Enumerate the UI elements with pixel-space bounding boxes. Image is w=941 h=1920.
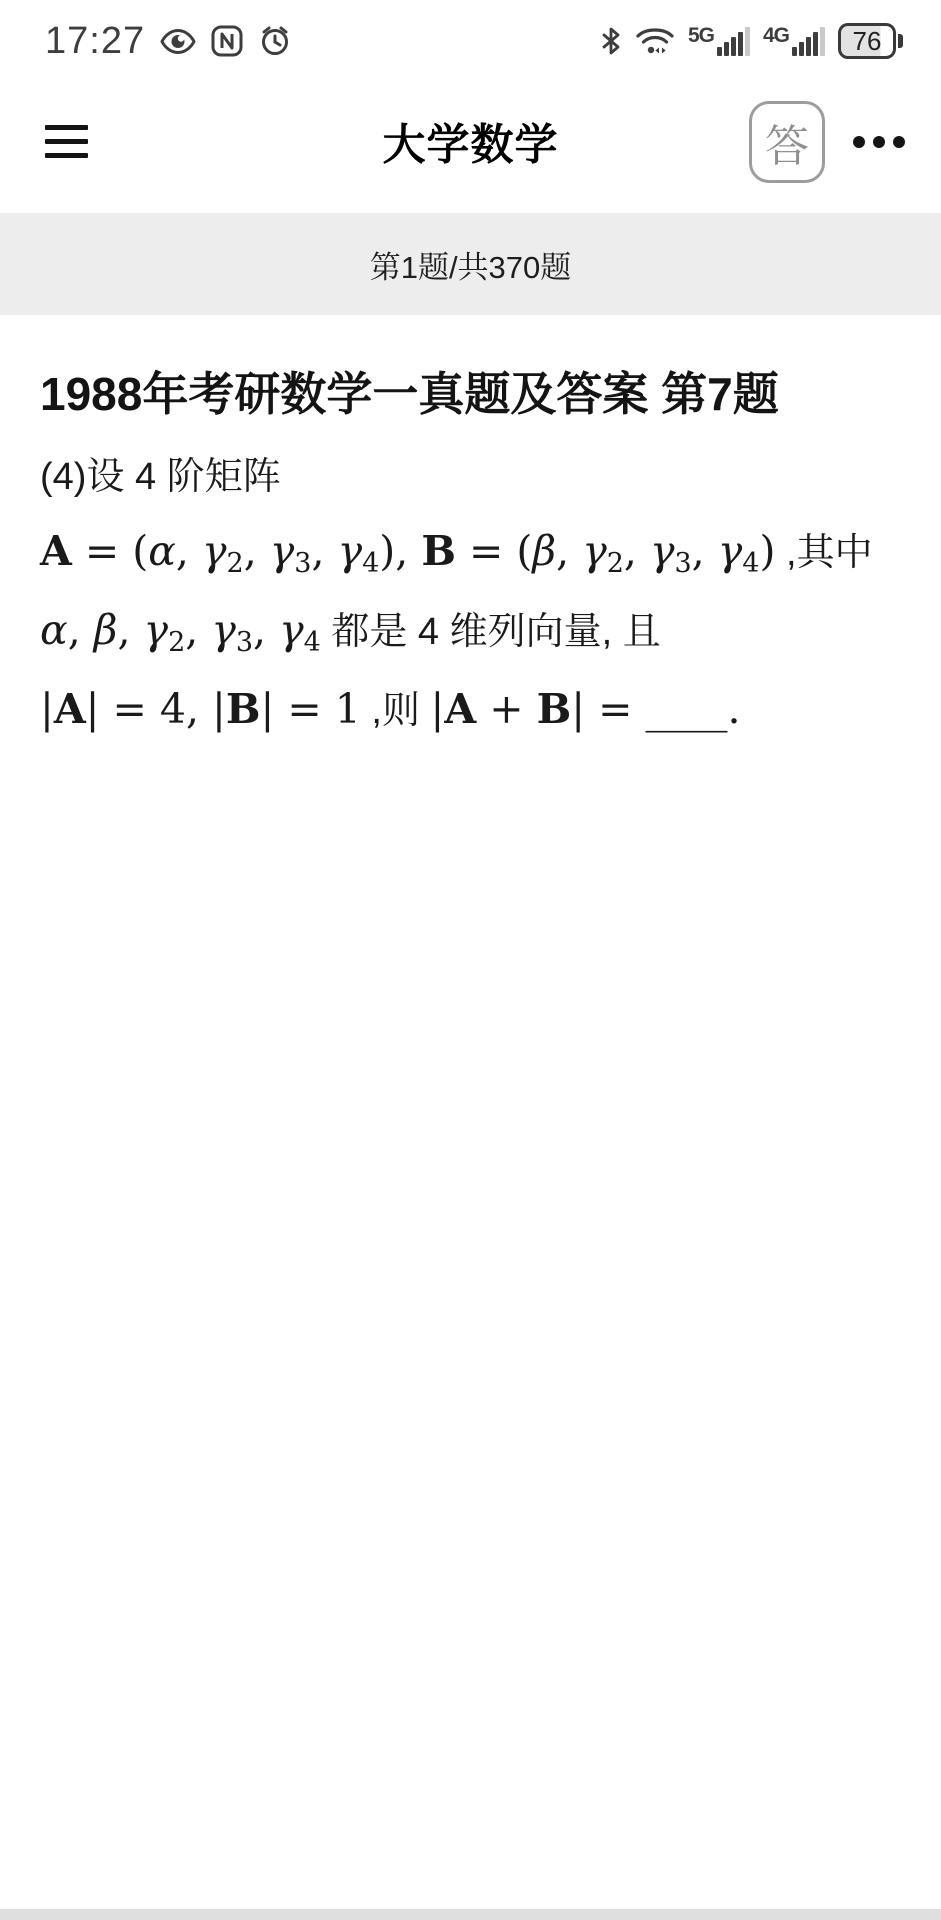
problem-lines: (4)设 4 阶矩阵A = (α, γ2, γ3, γ4), B = (β, γ… (40, 444, 901, 752)
math-segment: A (444, 685, 476, 733)
math-segment: 都是 4 维列向量, 且 (321, 611, 661, 653)
math-segment: ) (759, 527, 775, 575)
math-segment: β (532, 527, 556, 575)
signal-4g: 4G (763, 27, 825, 56)
more-options-button[interactable] (853, 130, 905, 154)
clock-time: 17:27 (45, 20, 145, 63)
header-actions: 答 (749, 101, 905, 183)
math-segment: (4)设 4 阶矩阵 (40, 456, 281, 498)
math-segment: γ (144, 606, 169, 654)
math-segment: 4 (304, 627, 321, 658)
app-header: 大学数学 答 (0, 70, 941, 213)
math-segment: α (40, 606, 68, 654)
status-right-group: 5G 4G 76 (600, 23, 903, 59)
math-segment: A (54, 685, 86, 733)
problem-line: α, β, γ2, γ3, γ4 都是 4 维列向量, 且 (40, 597, 901, 676)
battery-indicator: 76 (838, 23, 903, 59)
battery-nub (898, 34, 903, 48)
problem-line: |A| = 4, |B| = 1 ,则 |A + B| = ____. (40, 676, 901, 752)
answer-button[interactable]: 答 (749, 101, 825, 183)
math-segment: | (40, 685, 54, 733)
math-segment: γ (211, 606, 236, 654)
math-segment: , (311, 527, 337, 575)
math-segment: , (556, 527, 582, 575)
math-segment: 4 (362, 548, 379, 579)
signal-4g-bars (792, 27, 825, 56)
math-segment: 3 (236, 627, 253, 658)
math-segment: 3 (294, 548, 311, 579)
math-segment: | = 1 (261, 685, 361, 733)
math-segment: , (624, 527, 650, 575)
problem-line: A = (α, γ2, γ3, γ4), B = (β, γ2, γ3, γ4)… (40, 518, 901, 597)
math-segment: , (117, 606, 143, 654)
menu-button[interactable] (45, 125, 88, 158)
math-segment: 3 (674, 548, 691, 579)
bluetooth-icon (600, 25, 622, 57)
math-segment: . (727, 685, 740, 733)
math-segment: A (40, 527, 72, 575)
math-segment: γ (279, 606, 304, 654)
eye-protection-icon (160, 28, 196, 55)
math-segment: | (431, 685, 445, 733)
math-segment: , (692, 527, 718, 575)
math-segment: ,其中 (775, 532, 872, 574)
math-segment: 2 (607, 548, 624, 579)
math-segment: , (176, 527, 202, 575)
signal-5g: 5G (688, 27, 750, 56)
bottom-bar (0, 1909, 941, 1920)
math-segment: γ (718, 527, 743, 575)
math-segment: | = 4, | (86, 685, 226, 733)
signal-4g-label: 4G (763, 24, 789, 48)
math-segment: , (253, 606, 279, 654)
alarm-icon (258, 25, 292, 57)
math-segment: ,则 (361, 690, 431, 732)
math-segment: γ (338, 527, 363, 575)
signal-5g-label: 5G (688, 24, 714, 48)
signal-5g-bars (717, 27, 750, 56)
math-segment: B (421, 527, 456, 575)
math-segment: γ (202, 527, 227, 575)
math-segment: , (244, 527, 270, 575)
math-segment: B (226, 685, 261, 733)
problem-line: (4)设 4 阶矩阵 (40, 444, 901, 518)
math-segment: B (537, 685, 572, 733)
math-segment: γ (650, 527, 675, 575)
math-segment: ), (379, 527, 421, 575)
math-segment: | = (571, 685, 645, 733)
math-segment: = ( (456, 527, 532, 575)
status-bar: 17:27 (0, 0, 941, 70)
math-segment: 2 (168, 627, 185, 658)
math-segment: ____ (645, 685, 727, 733)
nfc-icon (211, 25, 243, 57)
question-progress-band: 第1题/共370题 (0, 213, 941, 315)
wifi-icon (635, 26, 675, 56)
math-segment: γ (582, 527, 607, 575)
battery-percent: 76 (838, 23, 896, 59)
math-segment: = ( (72, 527, 148, 575)
math-segment: + (476, 685, 536, 733)
problem-content: 1988年考研数学一真题及答案 第7题 (4)设 4 阶矩阵A = (α, γ2… (0, 315, 941, 752)
math-segment: , (185, 606, 211, 654)
math-segment: γ (270, 527, 295, 575)
math-segment: β (94, 606, 118, 654)
math-segment: α (148, 527, 176, 575)
math-segment: 2 (227, 548, 244, 579)
app-title: 大学数学 (383, 111, 559, 172)
math-segment: 4 (742, 548, 759, 579)
question-progress-text: 第1题/共370题 (370, 242, 572, 287)
problem-title: 1988年考研数学一真题及答案 第7题 (40, 368, 901, 420)
math-segment: , (68, 606, 94, 654)
status-left-group: 17:27 (45, 20, 292, 63)
